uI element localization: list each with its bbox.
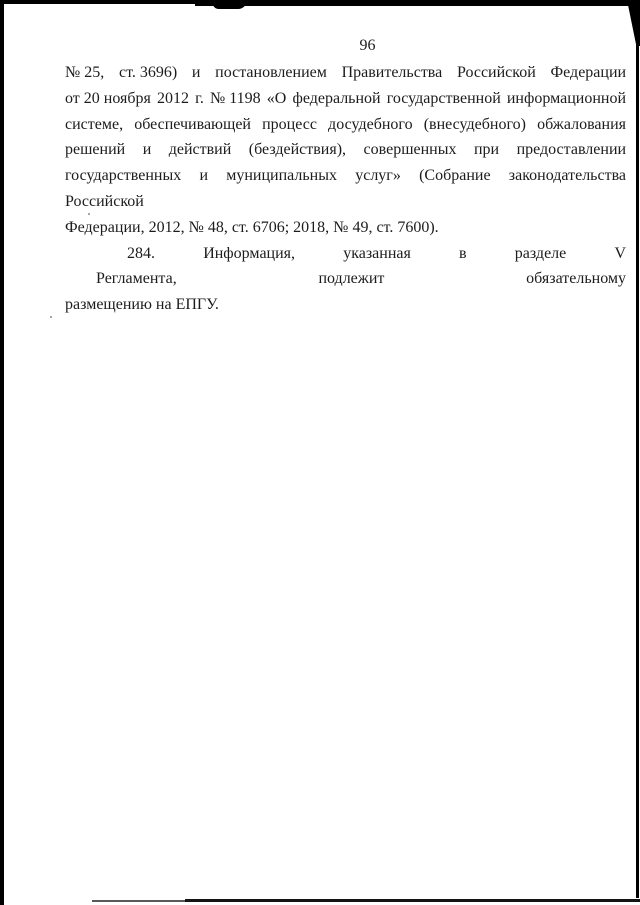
scan-edge-top-notch <box>213 0 247 9</box>
paragraph-continuation: № 25, ст. 3696) и постановлением Правите… <box>65 60 626 241</box>
scanned-document-page: 96 № 25, ст. 3696) и постановлением Прав… <box>0 0 640 905</box>
text-line: от 20 ноября 2012 г. № 1198 «О федеральн… <box>65 86 626 112</box>
text-line: № 25, ст. 3696) и постановлением Правите… <box>65 60 626 86</box>
text-block: № 25, ст. 3696) и постановлением Правите… <box>65 60 626 318</box>
scan-edge-bottom-gray <box>92 900 187 902</box>
scan-speck <box>50 316 52 318</box>
text-line: 284. Информация, указанная в разделе V Р… <box>65 241 626 293</box>
scan-edge-right <box>636 38 639 898</box>
text-line: системе, обеспечивающей процесс досудебн… <box>65 112 626 138</box>
paragraph-284: 284. Информация, указанная в разделе V Р… <box>65 241 626 318</box>
scan-edge-top-right <box>195 0 640 6</box>
page-number: 96 <box>65 33 640 59</box>
scan-edge-left <box>0 0 4 905</box>
text-line: решений и действий (бездействия), соверш… <box>65 137 626 163</box>
text-line: государственных и муниципальных услуг» (… <box>65 163 626 215</box>
text-line: Федерации, 2012, № 48, ст. 6706; 2018, №… <box>65 215 626 241</box>
scan-edge-bottom-dark <box>185 899 640 902</box>
text-line: размещению на ЕПГУ. <box>65 292 626 318</box>
